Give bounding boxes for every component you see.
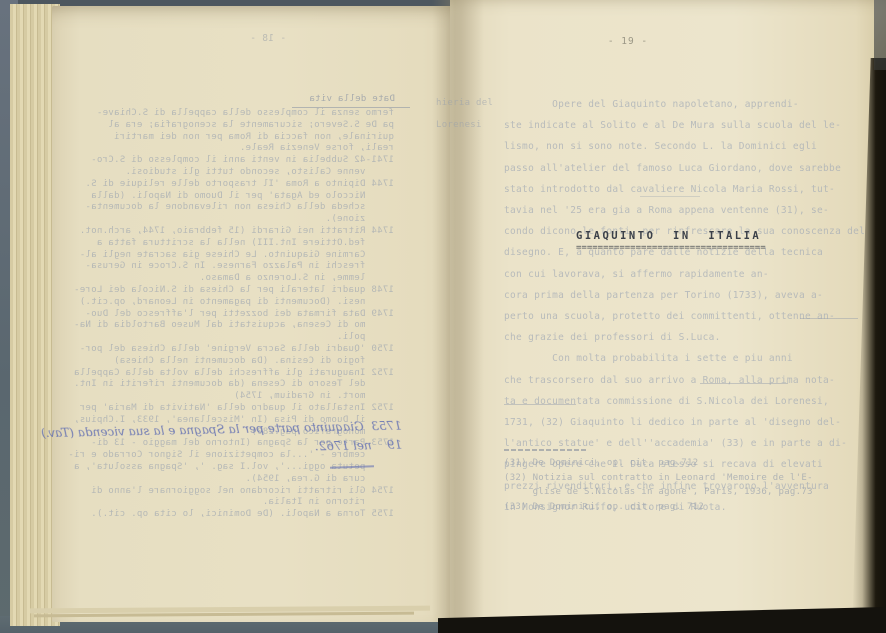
text-line: venne Calisto, secondo tutti gli studios…: [56, 167, 394, 179]
text-line: con cui lavorava, si affermo rapidamente…: [504, 264, 874, 285]
text-line: perto una scuola, protetto dei committen…: [504, 306, 874, 327]
faint-underline-mark: [700, 383, 788, 384]
text-line: ritorno in Italia.: [56, 497, 394, 509]
text-line: che grazie dei professori di S.Luca.: [504, 327, 874, 348]
text-line: reali, forse Venezia Reale.: [56, 143, 394, 155]
text-line: ste indicate al Solito e al De Mura sull…: [504, 115, 874, 136]
text-line: passo all'atelier del famoso Luca Giorda…: [504, 158, 874, 179]
text-line: lismo, non si sono note. Secondo L. la D…: [504, 136, 874, 157]
text-line: 1744 Dipinto a Roma 'Il trasporto delle …: [56, 179, 394, 191]
text-line: Opere del Giaquinto napoletano, apprendi…: [504, 94, 874, 115]
text-line: fogio di Cesina. (Da documenti nella Chi…: [56, 356, 394, 368]
text-line: poli.: [56, 332, 394, 344]
right-page-number: - 19 -: [596, 36, 660, 47]
text-line: scheda della Chiesa non rilevandone la d…: [56, 202, 394, 214]
text-line: (32) Notizia sul contratto in Leonard 'M…: [504, 471, 876, 486]
text-line: tavia nel '25 era gia a Roma appena vent…: [504, 200, 874, 221]
right-top-shadow: [874, 0, 886, 70]
text-line: pa De S.Severo; sicuramente la scenograf…: [56, 120, 394, 132]
handwritten-annotation: 1753 Giaquinto parte per la Spagna e la …: [80, 417, 403, 462]
text-line: lemme, in S.Lorenzo a Damaso.: [56, 273, 394, 285]
text-line: 1752 Installato il quadro della 'Nativit…: [56, 403, 394, 415]
text-line: del Tesoro di Cesena (da documenti rifer…: [56, 379, 394, 391]
text-line: nesi. (Documenti di pagamento in Leonard…: [56, 297, 394, 309]
text-line: zione).: [56, 214, 394, 226]
text-line: quirinale, non faccia di Roma per non de…: [56, 132, 394, 144]
text-line: 1752 Inaugurati gli affreschi della volt…: [56, 368, 394, 380]
footnotes-text: (31) De Dominici, op. cit. pag.712(32) N…: [504, 456, 876, 514]
text-line: 1755 Torna a Napoli. (De Dominici, lo ci…: [56, 509, 394, 521]
text-line: (31) De Dominici, op. cit. pag.712: [504, 456, 876, 471]
text-line: Con molta probabilita i sette e piu anni: [504, 348, 874, 369]
text-line: 1741-42 Subbelia in venti anni il comple…: [56, 155, 394, 167]
text-line: 1731, (32) Giaquinto li dedico in parte …: [504, 412, 874, 433]
left-page-number: - 18 -: [236, 33, 300, 44]
book-photo-scene: - 18 - Date della vita fermo senza il co…: [0, 0, 886, 633]
left-chronology-heading: Date della vita: [296, 94, 408, 104]
section-title: GIAQUINTO IN ITALIA: [576, 230, 856, 242]
faint-underline-mark: [640, 196, 700, 197]
text-line: fed.Ottiere Int.III) nella la scrittura …: [56, 238, 394, 250]
text-line: mo di Cesena, acquistati dal Museo Barto…: [56, 320, 394, 332]
faint-underline-mark: [800, 318, 858, 319]
text-line: che trascorsero dal suo arrivo a Roma, a…: [504, 370, 874, 391]
text-line: ta e documentata commissione di S.Nicola…: [504, 391, 874, 412]
text-line: Carmine Giaquinto. Le Chiese gia sacrate…: [56, 250, 394, 262]
footnote-separator: [504, 449, 588, 451]
text-line: 1749 Data firmata dei bozzetti per l'aff…: [56, 309, 394, 321]
faint-underline-mark: [504, 404, 576, 405]
text-line: mort. in Gradium, 1754): [56, 391, 394, 403]
text-line: cora prima della partenza per Torino (17…: [504, 285, 874, 306]
section-title-underline: ===================================: [576, 243, 776, 253]
text-line: (33) De Dominici, op. cit. pag. 712: [504, 500, 876, 515]
text-line: l'antico statue' e dell''accademia' (33)…: [504, 433, 874, 454]
text-line: fermo senza il complesso della cappella …: [56, 108, 394, 120]
text-line: 1744 Ritratti nei Girardi (15 febbraio, …: [56, 226, 394, 238]
text-line: 1748 quadri laterali per la Chiesa di S.…: [56, 285, 394, 297]
text-line: Niccolo ed Agata' per il Duomo di Napoli…: [56, 191, 394, 203]
text-line: 1750 'Quadri della Sacra Vergine' della …: [56, 344, 394, 356]
text-line: 1754 Gli ritratti ricordano nel soggiorn…: [56, 486, 394, 498]
text-line: glise de S.Nicolas in agone', Paris, 193…: [504, 485, 876, 500]
right-page-body-text: Opere del Giaquinto napoletano, apprendi…: [504, 94, 874, 518]
text-line: freschi in Palazzo Farnese. In S.Croce i…: [56, 261, 394, 273]
text-line: cura di G.rea, 1954).: [56, 474, 394, 486]
